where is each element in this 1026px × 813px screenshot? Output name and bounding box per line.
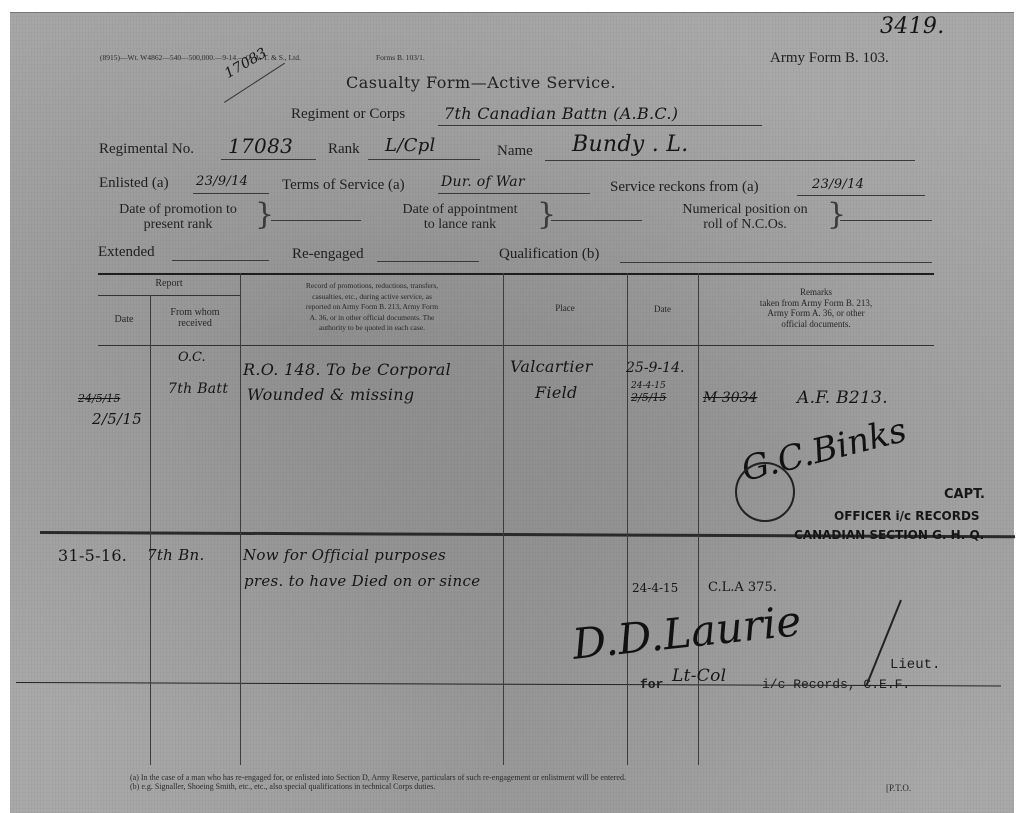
- casualty-form-sheet: [10, 12, 1014, 813]
- footnote-b: (b) e.g. Signaller, Shoeing Smith, etc.,…: [130, 782, 435, 791]
- terms-underline: [438, 193, 590, 194]
- header-from-whom: From whom received: [150, 307, 240, 329]
- row2-remarks: C.L.A 375.: [708, 580, 777, 595]
- report-date: 31-5-16.: [58, 546, 127, 565]
- qualification-label: Qualification (b): [499, 246, 599, 263]
- col-line-place: [627, 273, 628, 765]
- remarks: A.F. B213.: [797, 388, 888, 408]
- from-whom: 7th Batt: [168, 381, 228, 397]
- army-form-number: Army Form B. 103.: [770, 50, 889, 67]
- stamp-lieut: Lieut.: [890, 657, 940, 673]
- printer-line: (8915)—Wt. W4862—540—500,000.—9-14.—G. A…: [100, 53, 301, 62]
- enlisted-field[interactable]: 23/9/14: [196, 174, 248, 189]
- rank-underline: [368, 159, 480, 160]
- record-line2: Wounded & missing: [247, 385, 414, 404]
- record-line1: R.O. 148. To be Corporal: [243, 360, 451, 379]
- table-header-rule: [98, 345, 934, 346]
- stamp-lt-col: Lt-Col: [672, 666, 726, 686]
- record-line1: Now for Official purposes: [243, 546, 446, 564]
- col-line-record: [503, 273, 504, 765]
- numerical-position-label: Numerical position on roll of N.C.Os.: [660, 202, 830, 232]
- col-line-date2: [698, 273, 699, 765]
- header-record: Record of promotions, reductions, transf…: [244, 281, 500, 334]
- from-whom-top: O.C.: [178, 350, 206, 365]
- header-place: Place: [503, 303, 627, 314]
- terms-field[interactable]: Dur. of War: [441, 174, 525, 190]
- appointment-field[interactable]: [551, 220, 642, 221]
- terms-label: Terms of Service (a): [282, 177, 405, 194]
- col-line-from: [240, 273, 241, 765]
- extended-label: Extended: [98, 244, 155, 261]
- rank-label: Rank: [328, 141, 360, 158]
- regimental-no-field[interactable]: 17083: [228, 134, 293, 158]
- header-report: Report: [98, 278, 240, 289]
- pto-note: [P.T.O.: [886, 783, 911, 793]
- report-date-struck: 24/5/15: [78, 392, 120, 405]
- promotion-field[interactable]: [271, 220, 361, 221]
- reckons-field[interactable]: 23/9/14: [812, 177, 864, 192]
- promotion-label: Date of promotion to present rank: [98, 202, 258, 232]
- regiment-field[interactable]: 7th Canadian Battn (A.B.C.): [444, 104, 678, 123]
- signature-loop: [735, 462, 795, 522]
- reengaged-field[interactable]: [377, 261, 479, 262]
- stamp-officer-records: OFFICER i/c RECORDS: [834, 509, 980, 523]
- numerical-position-field[interactable]: [840, 220, 932, 221]
- promotion-brace: }: [255, 200, 274, 230]
- extended-field[interactable]: [172, 260, 269, 261]
- qualification-field[interactable]: [620, 262, 932, 263]
- numerical-brace: }: [827, 200, 846, 230]
- regiment-label: Regiment or Corps: [291, 106, 405, 123]
- report-date: 2/5/15: [92, 410, 142, 428]
- header-remarks: Remarks taken from Army Form B. 213, Arm…: [698, 287, 934, 329]
- name-label: Name: [497, 143, 533, 160]
- stamp-canadian-section: CANADIAN SECTION G. H. Q.: [794, 528, 984, 542]
- table-top-rule: [98, 273, 934, 275]
- rank-field[interactable]: L/Cpl: [385, 135, 436, 156]
- header-date2: Date: [627, 304, 698, 315]
- reckons-label: Service reckons from (a): [610, 179, 759, 196]
- stamp-capt: CAPT.: [944, 487, 985, 502]
- appointment-brace: }: [537, 200, 556, 230]
- regimental-no-label: Regimental No.: [99, 141, 194, 158]
- date-line1: 25-9-14.: [626, 360, 684, 376]
- form-title: Casualty Form—Active Service.: [346, 73, 616, 92]
- remarks-struck: M 3034: [703, 390, 757, 406]
- handwritten-page-number: 3419.: [880, 14, 944, 39]
- reengaged-label: Re-engaged: [292, 246, 364, 263]
- date-line2: 2/5/15: [631, 391, 666, 404]
- regiment-underline: [438, 125, 762, 126]
- enlisted-label: Enlisted (a): [99, 175, 169, 192]
- appointment-label: Date of appointment to lance rank: [380, 202, 540, 232]
- place-line1: Valcartier: [510, 357, 593, 376]
- stamp-for: for: [640, 677, 663, 692]
- enlisted-underline: [193, 193, 269, 194]
- header-date: Date: [98, 314, 150, 325]
- footnote-a: (a) In the case of a man who has re-enga…: [130, 773, 626, 782]
- stamp-records-cef: i/c Records, C.E.F.: [762, 677, 910, 692]
- forms-reference: Forms B. 103/1.: [376, 53, 425, 62]
- place-line2: Field: [535, 383, 578, 402]
- reckons-underline: [797, 195, 925, 196]
- col-line-date: [150, 295, 151, 765]
- row2-date: 24-4-15: [632, 581, 678, 595]
- date-line2-top: 24-4-15: [631, 381, 666, 391]
- record-line2: pres. to have Died on or since: [244, 572, 480, 590]
- regimental-no-underline: [221, 159, 316, 160]
- name-field[interactable]: Bundy . L.: [572, 132, 689, 157]
- name-underline: [545, 160, 915, 161]
- report-sub-rule: [98, 295, 240, 296]
- from-whom: 7th Bn.: [147, 546, 205, 564]
